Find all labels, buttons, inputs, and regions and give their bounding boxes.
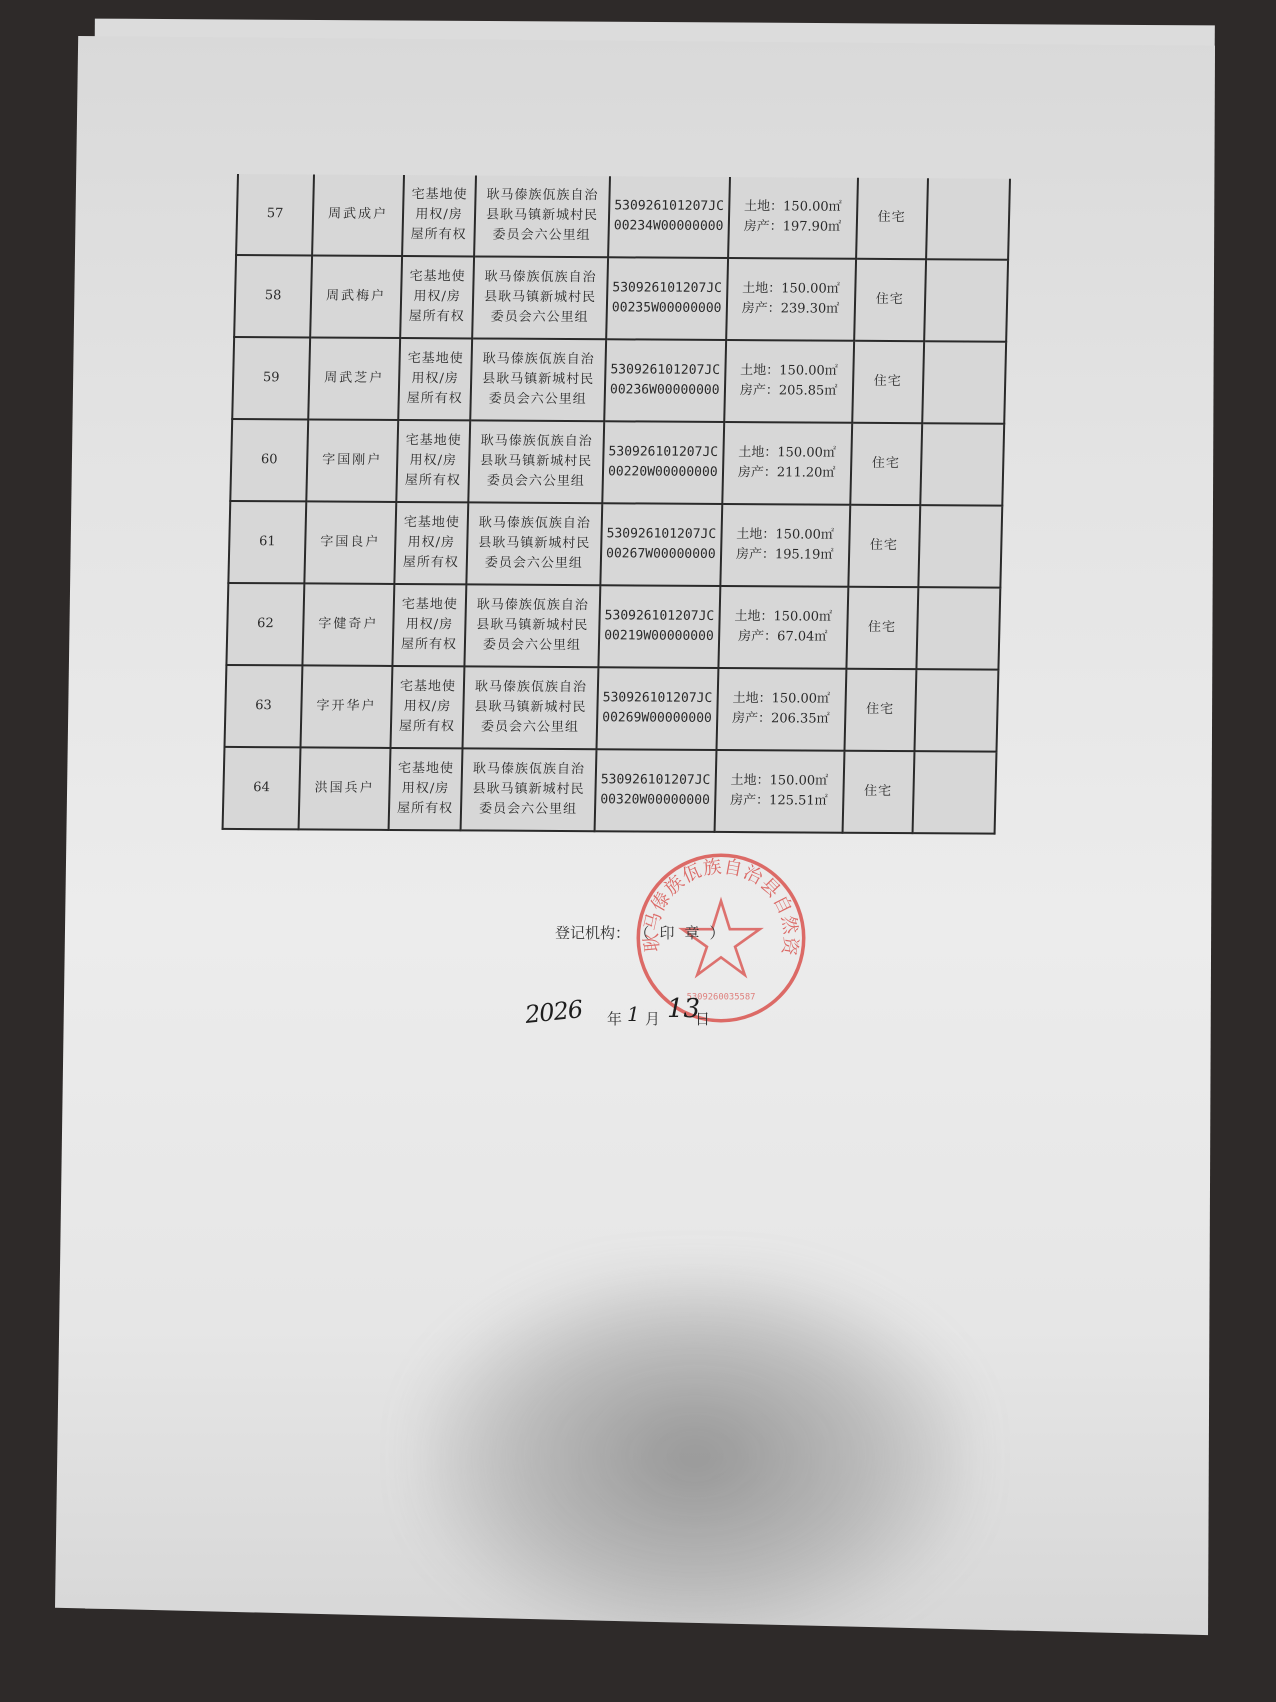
- owner-text: 周武成户: [318, 204, 398, 224]
- unit-id-text: 530926101207JC: [602, 688, 712, 709]
- right-type-text: 用权/房: [404, 369, 466, 389]
- right-type-text: 用权/房: [402, 451, 464, 471]
- owner-text: 字国刚户: [312, 450, 392, 470]
- owner-cell: 字开华户: [300, 665, 392, 748]
- location-text: 委员会六公里组: [468, 717, 592, 738]
- right-type-text: 用权/房: [406, 287, 468, 307]
- area-text: 土地：150.00㎡: [724, 607, 842, 628]
- seal-placeholder: （印章）: [642, 924, 735, 942]
- right-type-cell: 宅基地使用权/房屋所有权: [390, 666, 464, 748]
- owner-cell: 周武芝户: [308, 337, 400, 420]
- location-text: 委员会六公里组: [477, 307, 601, 328]
- area-cell: 土地：150.00㎡房产：205.85㎡: [724, 340, 854, 423]
- registration-table: 57周武成户宅基地使用权/房屋所有权耿马傣族佤族自治县耿马镇新城村民委员会六公里…: [222, 174, 1011, 835]
- handwritten-year: 2026: [524, 995, 584, 1029]
- right-type-text: 用权/房: [408, 205, 470, 225]
- location-cell: 耿马傣族佤族自治县耿马镇新城村民委员会六公里组: [474, 175, 610, 257]
- row-number-cell: 60: [230, 419, 308, 501]
- use-cell: 住宅: [850, 423, 922, 505]
- row-number-text: 64: [228, 778, 294, 798]
- location-text: 县耿马镇新城村民: [470, 615, 594, 636]
- location-text: 耿马傣族佤族自治: [474, 431, 598, 452]
- location-text: 县耿马镇新城村民: [472, 533, 596, 554]
- row-number-text: 62: [232, 614, 298, 634]
- area-text: 房产：239.30㎡: [731, 299, 849, 320]
- unit-id-cell: 530926101207JC00219W00000000: [598, 585, 720, 668]
- unit-id-cell: 530926101207JC00220W00000000: [602, 421, 724, 504]
- row-number-text: 60: [236, 450, 302, 470]
- use-cell: 住宅: [842, 751, 914, 833]
- location-cell: 耿马傣族佤族自治县耿马镇新城村民委员会六公里组: [464, 584, 600, 667]
- table-row: 61字国良户宅基地使用权/房屋所有权耿马傣族佤族自治县耿马镇新城村民委员会六公里…: [228, 501, 1001, 588]
- owner-cell: 周武梅户: [310, 255, 402, 338]
- signature-date: 2026 年 1 月 13 日: [525, 998, 785, 1038]
- area-text: 房产：195.19㎡: [725, 545, 843, 566]
- unit-id-text: 530926101207JC: [614, 196, 724, 217]
- row-number-text: 57: [242, 204, 308, 224]
- location-text: 县耿马镇新城村民: [480, 205, 604, 226]
- use-text: 住宅: [861, 208, 921, 228]
- use-text: 住宅: [858, 372, 918, 392]
- note-cell: [912, 751, 996, 833]
- location-text: 县耿马镇新城村民: [466, 779, 590, 800]
- right-type-text: 屋所有权: [394, 799, 456, 819]
- location-text: 耿马傣族佤族自治: [471, 595, 595, 616]
- location-cell: 耿马傣族佤族自治县耿马镇新城村民委员会六公里组: [468, 420, 604, 503]
- unit-id-cell: 530926101207JC00234W00000000: [608, 176, 729, 258]
- area-cell: 土地：150.00㎡房产：239.30㎡: [726, 258, 856, 341]
- use-text: 住宅: [854, 536, 914, 556]
- right-type-text: 宅基地使: [406, 267, 468, 287]
- unit-id-cell: 530926101207JC00236W00000000: [604, 339, 726, 422]
- use-text: 住宅: [856, 454, 916, 474]
- table-row: 62字健奇户宅基地使用权/房屋所有权耿马傣族佤族自治县耿马镇新城村民委员会六公里…: [226, 583, 999, 670]
- row-number-cell: 62: [226, 583, 304, 665]
- table-row: 59周武芝户宅基地使用权/房屋所有权耿马傣族佤族自治县耿马镇新城村民委员会六公里…: [232, 337, 1005, 424]
- registration-authority-label: 登记机构：（印章）: [555, 922, 735, 943]
- location-text: 耿马傣族佤族自治: [467, 759, 591, 780]
- photo-shadow: [415, 1266, 975, 1646]
- area-cell: 土地：150.00㎡房产：206.35㎡: [716, 668, 846, 751]
- right-type-text: 宅基地使: [402, 431, 464, 451]
- table-row: 64洪国兵户宅基地使用权/房屋所有权耿马傣族佤族自治县耿马镇新城村民委员会六公里…: [223, 747, 996, 834]
- unit-id-cell: 530926101207JC00235W00000000: [606, 257, 728, 340]
- right-type-text: 屋所有权: [400, 553, 462, 573]
- row-number-text: 63: [230, 696, 296, 716]
- stamp-area: 耿马傣族佤族自治县自然资源局 5309260035587 登记机构：（印章） 2…: [555, 866, 895, 1066]
- unit-id-cell: 530926101207JC00267W00000000: [600, 503, 722, 586]
- unit-id-text: 530926101207JC: [610, 360, 720, 381]
- unit-id-text: 00320W00000000: [600, 790, 710, 811]
- area-text: 土地：150.00㎡: [728, 443, 846, 464]
- right-type-text: 屋所有权: [398, 635, 460, 655]
- right-type-text: 屋所有权: [405, 307, 467, 327]
- area-text: 房产：67.04㎡: [723, 627, 841, 648]
- use-cell: 住宅: [854, 259, 926, 341]
- unit-id-text: 530926101207JC: [608, 442, 718, 463]
- row-number-text: 58: [240, 286, 306, 306]
- right-type-cell: 宅基地使用权/房屋所有权: [389, 748, 463, 830]
- unit-id-text: 530926101207JC: [606, 524, 716, 545]
- use-text: 住宅: [848, 782, 908, 802]
- area-text: 房产：197.90㎡: [733, 217, 851, 238]
- right-type-text: 屋所有权: [407, 225, 469, 245]
- area-text: 土地：150.00㎡: [726, 525, 844, 546]
- day-label: 日: [695, 1008, 710, 1029]
- location-text: 委员会六公里组: [472, 553, 596, 574]
- right-type-text: 宅基地使: [404, 349, 466, 369]
- use-cell: 住宅: [846, 587, 918, 669]
- use-text: 住宅: [852, 618, 912, 638]
- note-cell: [924, 259, 1008, 341]
- row-number-cell: 64: [223, 747, 301, 829]
- area-cell: 土地：150.00㎡房产：195.19㎡: [720, 504, 850, 587]
- location-text: 县耿马镇新城村民: [468, 697, 592, 718]
- row-number-cell: 59: [232, 337, 310, 419]
- location-cell: 耿马傣族佤族自治县耿马镇新城村民委员会六公里组: [466, 502, 602, 585]
- use-text: 住宅: [850, 700, 910, 720]
- use-cell: 住宅: [844, 669, 916, 751]
- location-text: 委员会六公里组: [474, 471, 598, 492]
- location-cell: 耿马傣族佤族自治县耿马镇新城村民委员会六公里组: [470, 338, 606, 421]
- area-text: 房产：205.85㎡: [729, 381, 847, 402]
- owner-cell: 洪国兵户: [299, 747, 391, 830]
- owner-text: 周武芝户: [314, 368, 394, 388]
- location-text: 县耿马镇新城村民: [474, 451, 598, 472]
- right-type-text: 屋所有权: [403, 389, 465, 409]
- right-type-text: 宅基地使: [395, 759, 457, 779]
- unit-id-cell: 530926101207JC00269W00000000: [596, 667, 718, 750]
- right-type-cell: 宅基地使用权/房屋所有权: [402, 175, 476, 256]
- owner-cell: 字国良户: [304, 501, 396, 584]
- area-cell: 土地：150.00㎡房产：125.51㎡: [714, 750, 844, 833]
- owner-cell: 字健奇户: [302, 583, 394, 666]
- note-cell: [914, 669, 998, 751]
- unit-id-text: 530926101207JC: [604, 606, 714, 627]
- right-type-text: 宅基地使: [397, 677, 459, 697]
- owner-text: 字国良户: [310, 532, 390, 552]
- handwritten-month: 1: [627, 1002, 640, 1026]
- area-cell: 土地：150.00㎡房产：67.04㎡: [718, 586, 848, 669]
- right-type-text: 宅基地使: [399, 595, 461, 615]
- row-number-cell: 57: [236, 174, 314, 255]
- note-cell: [916, 587, 1000, 669]
- area-text: 房产：125.51㎡: [720, 791, 838, 812]
- unit-id-text: 00235W00000000: [612, 298, 722, 319]
- use-text: 住宅: [859, 290, 919, 310]
- area-text: 土地：150.00㎡: [730, 361, 848, 382]
- location-text: 耿马傣族佤族自治: [480, 185, 604, 206]
- area-text: 土地：150.00㎡: [722, 689, 840, 710]
- use-cell: 住宅: [856, 178, 928, 259]
- area-cell: 土地：150.00㎡房产：211.20㎡: [722, 422, 852, 505]
- note-cell: [926, 178, 1010, 259]
- row-number-cell: 58: [234, 255, 312, 337]
- unit-id-text: 00269W00000000: [602, 708, 712, 729]
- document-page: 57周武成户宅基地使用权/房屋所有权耿马傣族佤族自治县耿马镇新城村民委员会六公里…: [55, 36, 1215, 1648]
- unit-id-text: 530926101207JC: [612, 278, 722, 299]
- use-cell: 住宅: [848, 505, 920, 587]
- right-type-text: 屋所有权: [396, 717, 458, 737]
- area-text: 土地：150.00㎡: [720, 771, 838, 792]
- owner-text: 洪国兵户: [304, 778, 384, 798]
- location-text: 委员会六公里组: [479, 225, 603, 246]
- right-type-text: 用权/房: [398, 615, 460, 635]
- registration-table-wrap: 57周武成户宅基地使用权/房屋所有权耿马傣族佤族自治县耿马镇新城村民委员会六公里…: [222, 174, 1011, 835]
- right-type-cell: 宅基地使用权/房屋所有权: [394, 502, 468, 584]
- right-type-text: 宅基地使: [408, 185, 470, 205]
- use-cell: 住宅: [852, 341, 924, 423]
- right-type-text: 用权/房: [394, 779, 456, 799]
- location-text: 耿马傣族佤族自治: [469, 677, 593, 698]
- row-number-text: 59: [238, 368, 304, 388]
- table-row: 57周武成户宅基地使用权/房屋所有权耿马傣族佤族自治县耿马镇新城村民委员会六公里…: [236, 174, 1009, 260]
- location-cell: 耿马傣族佤族自治县耿马镇新城村民委员会六公里组: [462, 666, 598, 749]
- location-cell: 耿马傣族佤族自治县耿马镇新城村民委员会六公里组: [461, 748, 597, 831]
- area-text: 土地：150.00㎡: [734, 197, 852, 218]
- location-text: 委员会六公里组: [470, 635, 594, 656]
- unit-id-text: 00234W00000000: [614, 216, 724, 237]
- unit-id-text: 00267W00000000: [606, 544, 716, 565]
- row-number-cell: 61: [228, 501, 306, 583]
- row-number-cell: 63: [224, 665, 302, 747]
- registration-table-body: 57周武成户宅基地使用权/房屋所有权耿马傣族佤族自治县耿马镇新城村民委员会六公里…: [223, 174, 1010, 834]
- table-row: 63字开华户宅基地使用权/房屋所有权耿马傣族佤族自治县耿马镇新城村民委员会六公里…: [224, 665, 997, 752]
- row-number-text: 61: [234, 532, 300, 552]
- location-text: 耿马傣族佤族自治: [473, 513, 597, 534]
- location-text: 委员会六公里组: [466, 799, 590, 820]
- location-text: 耿马傣族佤族自治: [476, 349, 600, 370]
- unit-id-text: 00236W00000000: [610, 380, 720, 401]
- location-text: 耿马傣族佤族自治: [478, 267, 602, 288]
- right-type-cell: 宅基地使用权/房屋所有权: [396, 420, 470, 502]
- registration-label-text: 登记机构：: [555, 924, 630, 942]
- location-text: 委员会六公里组: [475, 389, 599, 410]
- owner-text: 周武梅户: [316, 286, 396, 306]
- owner-text: 字健奇户: [308, 614, 388, 634]
- location-text: 县耿马镇新城村民: [478, 287, 602, 308]
- month-label: 月: [645, 1008, 660, 1029]
- note-cell: [922, 341, 1006, 423]
- location-cell: 耿马傣族佤族自治县耿马镇新城村民委员会六公里组: [472, 256, 608, 339]
- year-label: 年: [607, 1008, 622, 1029]
- unit-id-text: 530926101207JC: [601, 770, 711, 791]
- area-text: 房产：211.20㎡: [727, 463, 845, 484]
- area-text: 土地：150.00㎡: [732, 279, 850, 300]
- right-type-text: 用权/房: [396, 697, 458, 717]
- unit-id-text: 00219W00000000: [604, 626, 714, 647]
- table-row: 60字国刚户宅基地使用权/房屋所有权耿马傣族佤族自治县耿马镇新城村民委员会六公里…: [230, 419, 1003, 506]
- table-row: 58周武梅户宅基地使用权/房屋所有权耿马傣族佤族自治县耿马镇新城村民委员会六公里…: [234, 255, 1007, 342]
- location-text: 县耿马镇新城村民: [476, 369, 600, 390]
- right-type-cell: 宅基地使用权/房屋所有权: [392, 584, 466, 666]
- area-cell: 土地：150.00㎡房产：197.90㎡: [728, 177, 858, 259]
- right-type-text: 用权/房: [400, 533, 462, 553]
- right-type-text: 屋所有权: [402, 471, 464, 491]
- area-text: 房产：206.35㎡: [722, 709, 840, 730]
- owner-text: 字开华户: [306, 696, 386, 716]
- right-type-cell: 宅基地使用权/房屋所有权: [398, 338, 472, 420]
- right-type-cell: 宅基地使用权/房屋所有权: [400, 256, 474, 338]
- note-cell: [920, 423, 1004, 505]
- owner-cell: 周武成户: [312, 174, 404, 256]
- right-type-text: 宅基地使: [401, 513, 463, 533]
- unit-id-text: 00220W00000000: [608, 462, 718, 483]
- note-cell: [918, 505, 1002, 587]
- unit-id-cell: 530926101207JC00320W00000000: [595, 749, 717, 832]
- owner-cell: 字国刚户: [306, 419, 398, 502]
